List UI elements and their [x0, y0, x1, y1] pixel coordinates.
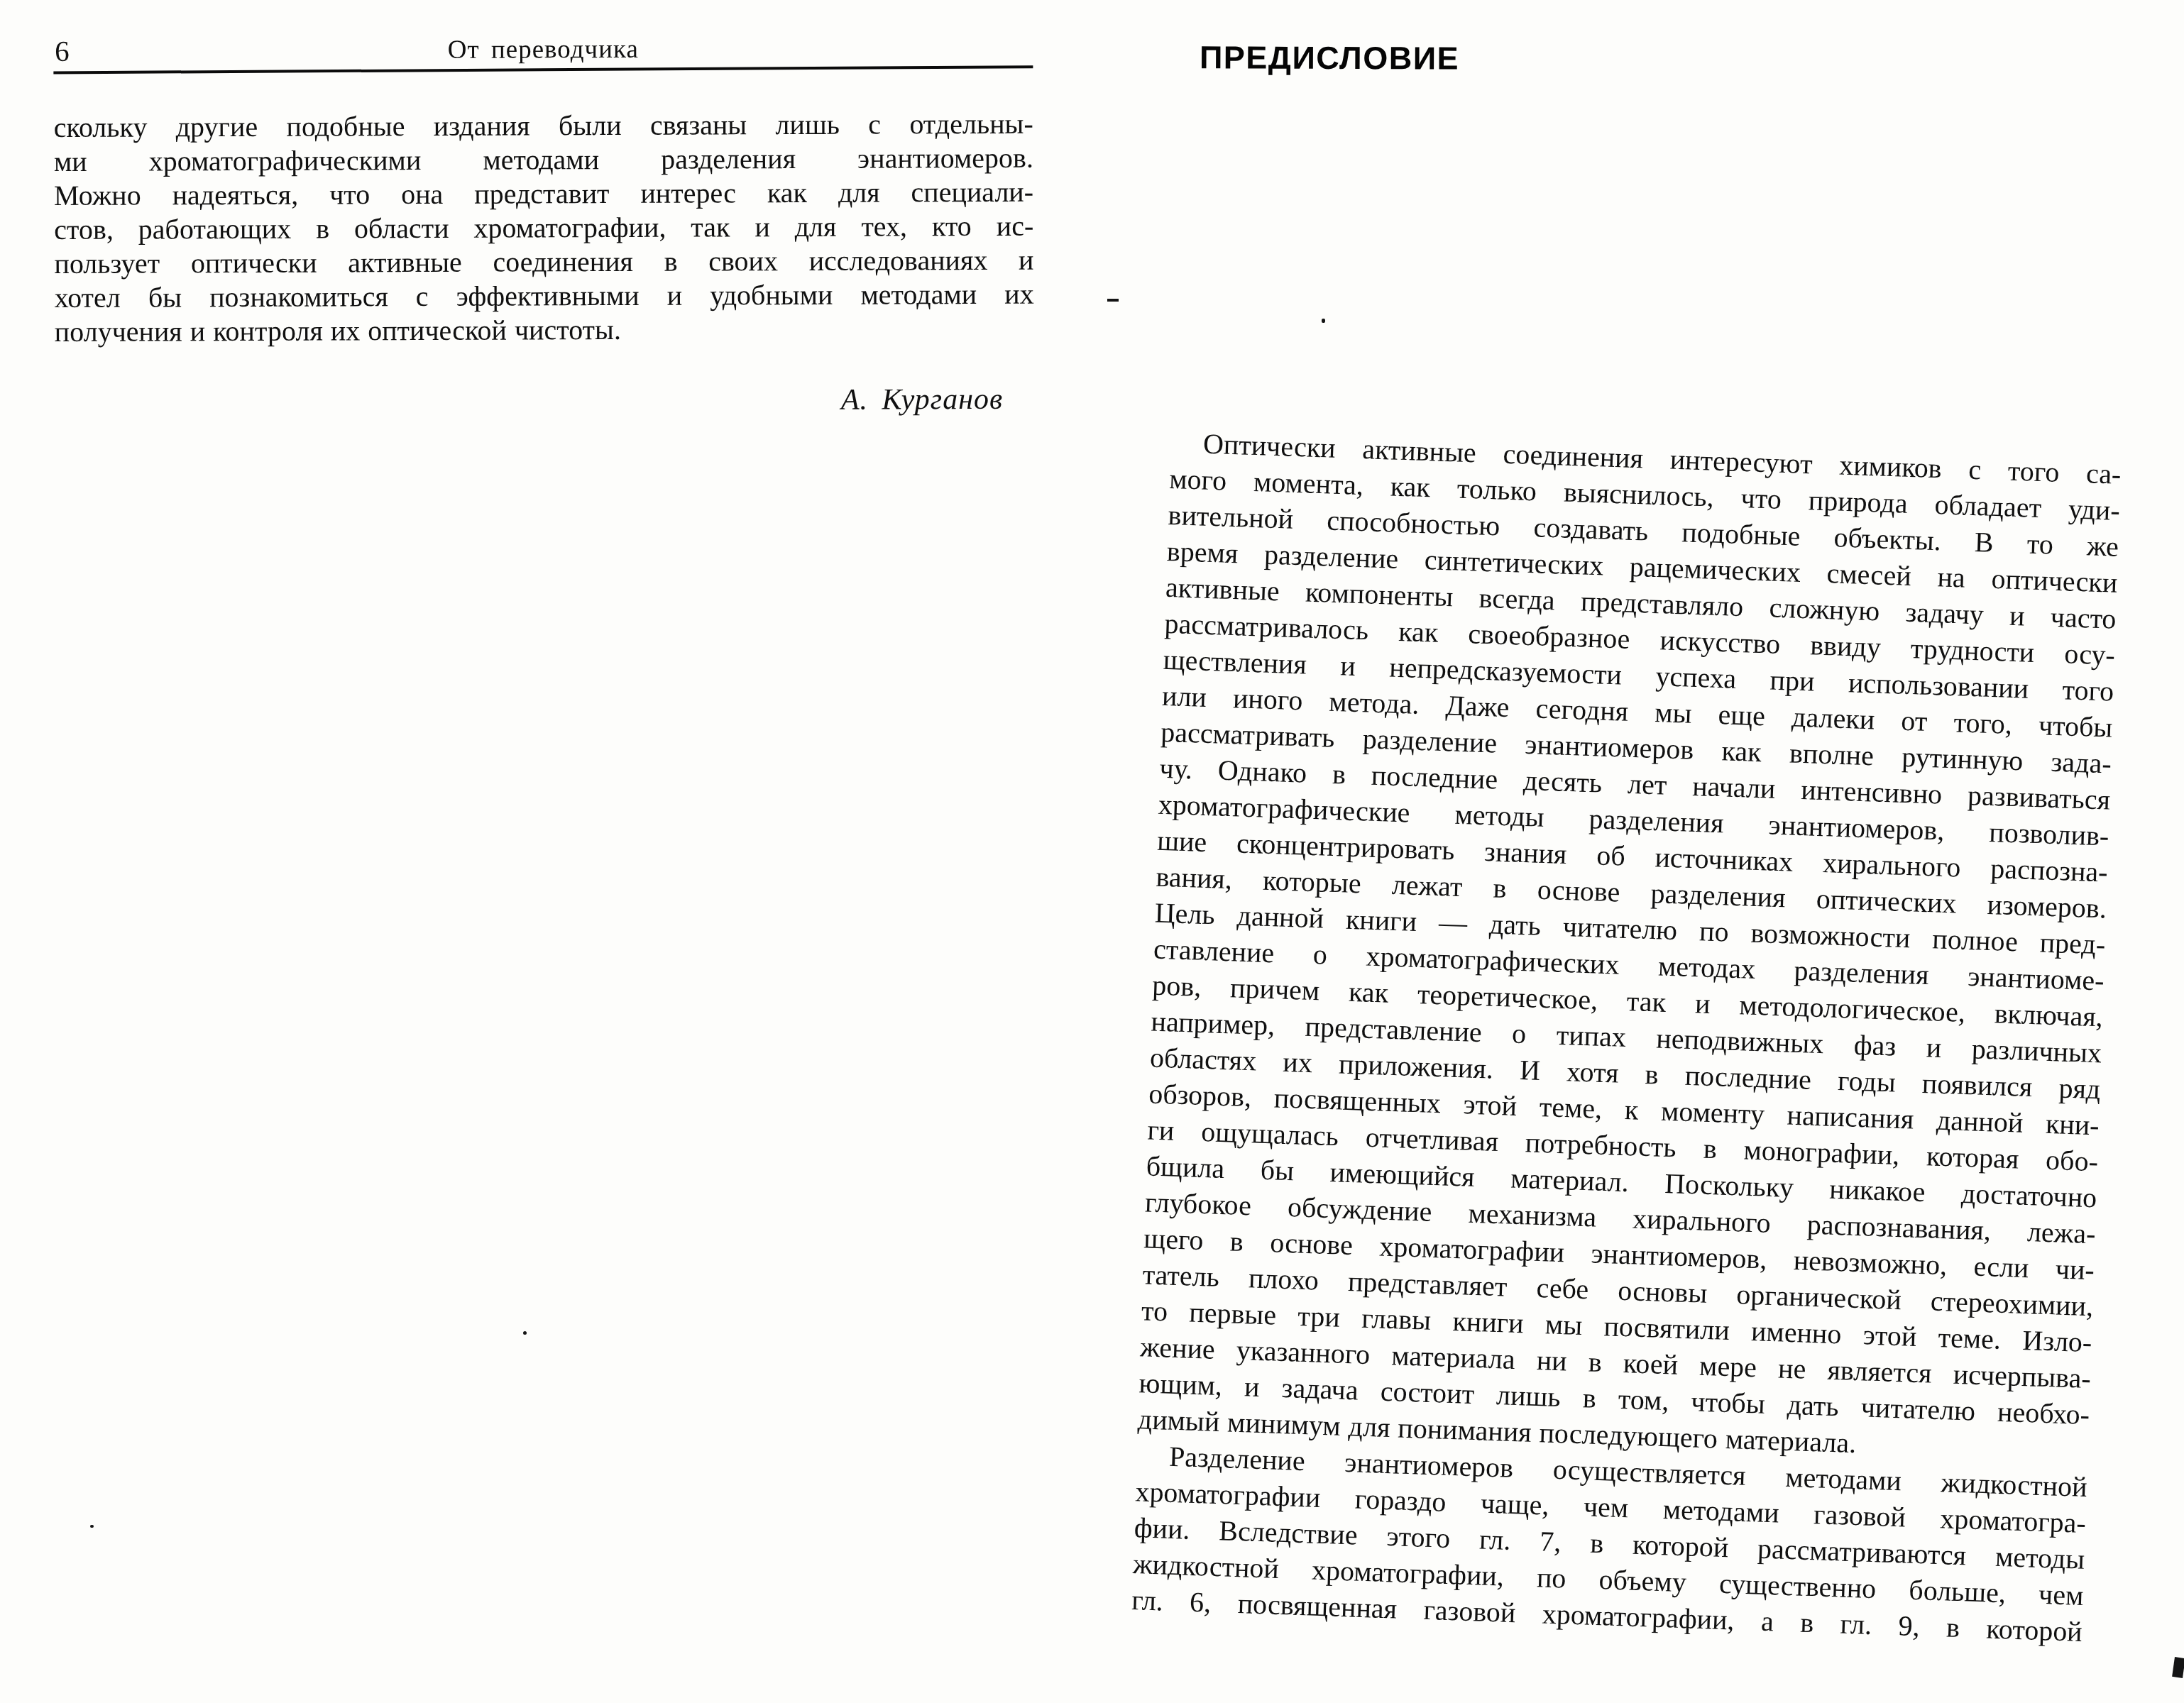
chapter-title: ПРЕДИСЛОВИЕ [1200, 40, 1459, 75]
ink-speck-dash [1107, 299, 1119, 302]
preface-text: Оптически активные соединения интересуют… [1131, 424, 2122, 1650]
ink-speck [90, 1525, 94, 1528]
right-page: ПРЕДИСЛОВИЕ Оптически активные соединени… [0, 0, 2184, 1703]
page-edge-mark [2172, 1657, 2184, 1678]
ink-speck [1322, 319, 1325, 323]
ink-speck [523, 1331, 527, 1335]
scanned-book-spread: { "left_page": { "page_number": "6", "ru… [0, 0, 2184, 1703]
